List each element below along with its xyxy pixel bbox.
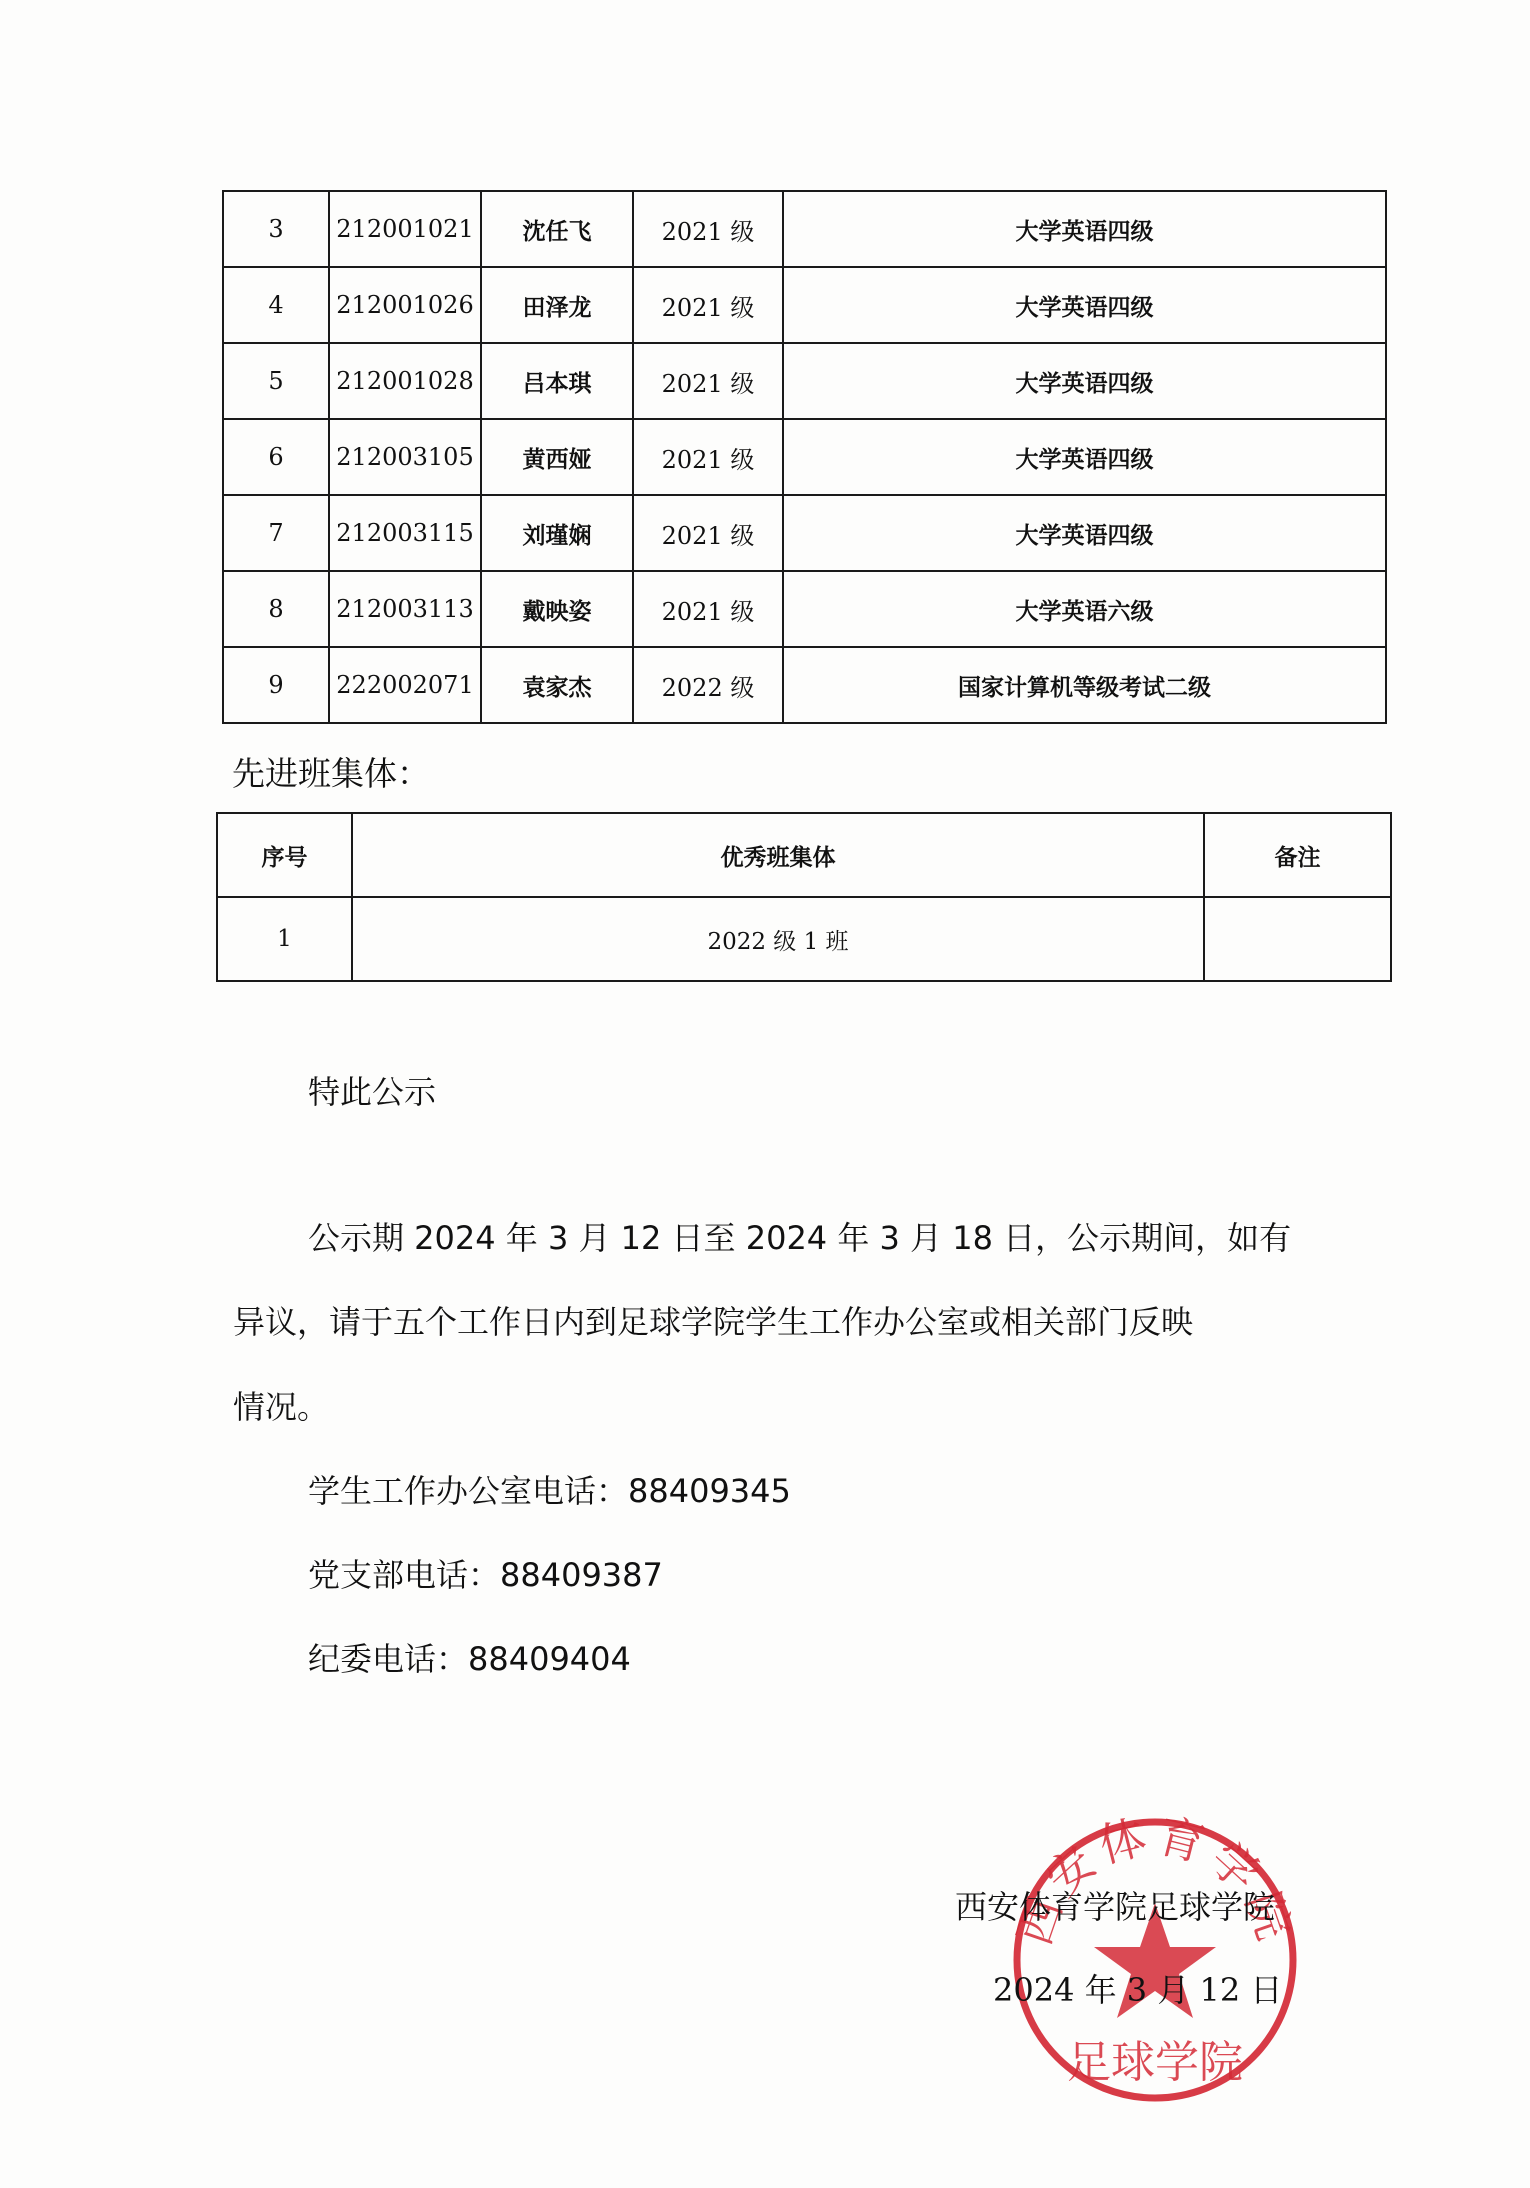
- remark: [1204, 897, 1391, 981]
- party-branch-phone: 党支部电话：88409387: [308, 1550, 663, 1596]
- student-name: 沈任飞: [481, 191, 633, 267]
- student-name: 袁家杰: [481, 647, 633, 723]
- certificate: 大学英语四级: [783, 495, 1386, 571]
- student-id: 222002071: [329, 647, 481, 723]
- student-id: 212001021: [329, 191, 481, 267]
- row-number: 6: [223, 419, 329, 495]
- student-office-phone: 学生工作办公室电话：88409345: [308, 1466, 791, 1512]
- row-number: 5: [223, 343, 329, 419]
- table-row: 4 212001026 田泽龙 2021 级 大学英语四级: [223, 267, 1386, 343]
- official-seal-icon: 西安体育学院 足球学院: [1010, 1815, 1300, 2105]
- student-id: 212001028: [329, 343, 481, 419]
- row-number: 3: [223, 191, 329, 267]
- certificate: 大学英语四级: [783, 419, 1386, 495]
- grade: 2021 级: [633, 495, 783, 571]
- document-page: 3 212001021 沈任飞 2021 级 大学英语四级 4 21200102…: [0, 0, 1530, 2188]
- grade: 2021 级: [633, 419, 783, 495]
- advanced-class-table: 序号 优秀班集体 备注 1 2022 级 1 班: [216, 812, 1392, 982]
- certificate-awards-table: 3 212001021 沈任飞 2021 级 大学英语四级 4 21200102…: [222, 190, 1387, 724]
- student-name: 吕本琪: [481, 343, 633, 419]
- header-number: 序号: [217, 813, 352, 897]
- grade: 2021 级: [633, 343, 783, 419]
- grade: 2021 级: [633, 267, 783, 343]
- table-header-row: 序号 优秀班集体 备注: [217, 813, 1391, 897]
- announcement-text: 特此公示: [308, 1067, 436, 1113]
- table-row: 7 212003115 刘瑾娴 2021 级 大学英语四级: [223, 495, 1386, 571]
- period-text-line-1: 公示期 2024 年 3 月 12 日至 2024 年 3 月 18 日，公示期…: [308, 1213, 1291, 1259]
- class-name: 2022 级 1 班: [352, 897, 1204, 981]
- table-row: 1 2022 级 1 班: [217, 897, 1391, 981]
- grade: 2022 级: [633, 647, 783, 723]
- row-number: 9: [223, 647, 329, 723]
- student-id: 212003105: [329, 419, 481, 495]
- row-number: 8: [223, 571, 329, 647]
- section-heading-advanced-class: 先进班集体：: [232, 748, 430, 795]
- period-text-line-2: 异议，请于五个工作日内到足球学院学生工作办公室或相关部门反映: [233, 1297, 1193, 1343]
- table-row: 5 212001028 吕本琪 2021 级 大学英语四级: [223, 343, 1386, 419]
- row-number: 4: [223, 267, 329, 343]
- certificate: 大学英语四级: [783, 191, 1386, 267]
- table-row: 6 212003105 黄西娅 2021 级 大学英语四级: [223, 419, 1386, 495]
- student-name: 戴映姿: [481, 571, 633, 647]
- student-name: 黄西娅: [481, 419, 633, 495]
- signature-date: 2024 年 3 月 12 日: [993, 1965, 1282, 2011]
- grade: 2021 级: [633, 571, 783, 647]
- student-name: 田泽龙: [481, 267, 633, 343]
- header-remark: 备注: [1204, 813, 1391, 897]
- table-row: 8 212003113 戴映姿 2021 级 大学英语六级: [223, 571, 1386, 647]
- student-id: 212003115: [329, 495, 481, 571]
- student-name: 刘瑾娴: [481, 495, 633, 571]
- grade: 2021 级: [633, 191, 783, 267]
- certificate: 国家计算机等级考试二级: [783, 647, 1386, 723]
- certificate: 大学英语四级: [783, 267, 1386, 343]
- period-text-line-3: 情况。: [233, 1382, 329, 1428]
- header-class: 优秀班集体: [352, 813, 1204, 897]
- row-number: 1: [217, 897, 352, 981]
- signature-organization: 西安体育学院足球学院: [955, 1882, 1275, 1928]
- row-number: 7: [223, 495, 329, 571]
- certificate: 大学英语四级: [783, 343, 1386, 419]
- student-id: 212003113: [329, 571, 481, 647]
- certificate: 大学英语六级: [783, 571, 1386, 647]
- table-row: 3 212001021 沈任飞 2021 级 大学英语四级: [223, 191, 1386, 267]
- student-id: 212001026: [329, 267, 481, 343]
- seal-bottom-text: 足球学院: [1067, 2037, 1243, 2088]
- table-row: 9 222002071 袁家杰 2022 级 国家计算机等级考试二级: [223, 647, 1386, 723]
- discipline-committee-phone: 纪委电话：88409404: [308, 1634, 631, 1680]
